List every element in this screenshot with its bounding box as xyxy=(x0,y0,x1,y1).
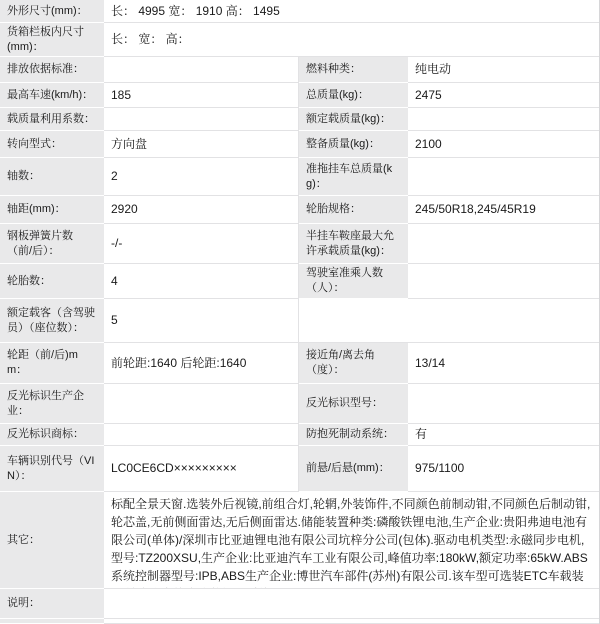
spec-value xyxy=(104,424,299,446)
spec-label: 说明： xyxy=(0,589,104,619)
spec-value: -/- xyxy=(104,224,299,264)
spec-value: 标配全景天窗.选装外后视镜,前组合灯,轮辋,外装饰件,不同颜色前制动钳,不同颜色… xyxy=(104,492,599,589)
spec-label: 额定载客（含驾驶员）（座位数）： xyxy=(0,299,104,343)
spec-label: 燃料种类： xyxy=(299,57,408,83)
table-row: 额定载客（含驾驶员）（座位数）：5 xyxy=(0,299,599,343)
spec-value: 2 xyxy=(104,158,299,196)
table-row xyxy=(0,619,599,624)
spec-value xyxy=(408,108,599,131)
vehicle-spec-table: 外形尺寸(mm)：长： 4995 宽： 1910 高： 1495货箱栏板内尺寸(… xyxy=(0,0,600,624)
spec-label: 防抱死制动系统： xyxy=(299,424,408,446)
spec-label: 转向型式： xyxy=(0,131,104,158)
spec-value: 有 xyxy=(408,424,599,446)
spec-label: 钢板弹簧片数（前/后）： xyxy=(0,224,104,264)
spec-value: 2100 xyxy=(408,131,599,158)
spec-label: 整备质量(kg)： xyxy=(299,131,408,158)
table-row: 载质量利用系数：额定载质量(kg)： xyxy=(0,108,599,131)
spec-value xyxy=(408,224,599,264)
spec-value xyxy=(104,108,299,131)
spec-value xyxy=(104,589,599,619)
table-row: 排放依据标准：燃料种类：纯电动 xyxy=(0,57,599,83)
spec-value xyxy=(408,264,599,299)
spec-label: 驾驶室准乘人数（人）： xyxy=(299,264,408,299)
spec-label: 货箱栏板内尺寸(mm)： xyxy=(0,23,104,57)
spec-value xyxy=(104,57,299,83)
table-row: 反光标识生产企业：反光标识型号： xyxy=(0,384,599,424)
spec-value xyxy=(104,384,299,424)
spec-value xyxy=(299,299,599,343)
table-row: 其它：标配全景天窗.选装外后视镜,前组合灯,轮辋,外装饰件,不同颜色前制动钳,不… xyxy=(0,492,599,589)
spec-value: 185 xyxy=(104,83,299,108)
spec-value: 2920 xyxy=(104,196,299,224)
spec-label: 准拖挂车总质量(kg)： xyxy=(299,158,408,196)
spec-label: 排放依据标准： xyxy=(0,57,104,83)
table-row: 最高车速(km/h)：185总质量(kg)：2475 xyxy=(0,83,599,108)
spec-label: 车辆识别代号（VIN）： xyxy=(0,446,104,492)
spec-label: 载质量利用系数： xyxy=(0,108,104,131)
spec-value: 975/1100 xyxy=(408,446,599,492)
spec-label: 反光标识型号： xyxy=(299,384,408,424)
table-row: 货箱栏板内尺寸(mm)：长： 宽： 高： xyxy=(0,23,599,57)
table-row: 轮距（前/后)mm：前轮距:1640 后轮距:1640接近角/离去角（度）：13… xyxy=(0,343,599,384)
spec-label: 半挂车鞍座最大允许承载质量(kg)： xyxy=(299,224,408,264)
table-row: 轴距(mm)：2920轮胎规格：245/50R18,245/45R19 xyxy=(0,196,599,224)
table-row: 轮胎数：4驾驶室准乘人数（人）： xyxy=(0,264,599,299)
spec-value xyxy=(104,619,599,624)
spec-label: 轴距(mm)： xyxy=(0,196,104,224)
spec-value xyxy=(408,384,599,424)
spec-value: 纯电动 xyxy=(408,57,599,83)
table-row: 钢板弹簧片数（前/后）：-/-半挂车鞍座最大允许承载质量(kg)： xyxy=(0,224,599,264)
table-row: 说明： xyxy=(0,589,599,619)
spec-label: 轴数： xyxy=(0,158,104,196)
spec-value: 13/14 xyxy=(408,343,599,384)
spec-label: 外形尺寸(mm)： xyxy=(0,0,104,23)
spec-value: 2475 xyxy=(408,83,599,108)
spec-label: 总质量(kg)： xyxy=(299,83,408,108)
spec-value: 4 xyxy=(104,264,299,299)
spec-label: 反光标识生产企业： xyxy=(0,384,104,424)
spec-label: 前悬/后悬(mm)： xyxy=(299,446,408,492)
table-row: 车辆识别代号（VIN）：LC0CE6CD×××××××××前悬/后悬(mm)：9… xyxy=(0,446,599,492)
spec-value: 前轮距:1640 后轮距:1640 xyxy=(104,343,299,384)
table-row: 转向型式：方向盘整备质量(kg)：2100 xyxy=(0,131,599,158)
spec-label: 最高车速(km/h)： xyxy=(0,83,104,108)
spec-value: 长： 4995 宽： 1910 高： 1495 xyxy=(104,0,599,23)
spec-value: 方向盘 xyxy=(104,131,299,158)
table-row: 轴数：2准拖挂车总质量(kg)： xyxy=(0,158,599,196)
spec-value: LC0CE6CD××××××××× xyxy=(104,446,299,492)
spec-label: 轮胎数： xyxy=(0,264,104,299)
spec-label: 反光标识商标： xyxy=(0,424,104,446)
spec-label: 其它： xyxy=(0,492,104,589)
spec-label: 接近角/离去角（度）： xyxy=(299,343,408,384)
spec-label: 额定载质量(kg)： xyxy=(299,108,408,131)
spec-value: 5 xyxy=(104,299,299,343)
table-row: 反光标识商标：防抱死制动系统：有 xyxy=(0,424,599,446)
spec-label xyxy=(0,619,104,624)
spec-label: 轮距（前/后)mm： xyxy=(0,343,104,384)
spec-value xyxy=(408,158,599,196)
spec-label: 轮胎规格： xyxy=(299,196,408,224)
spec-value: 245/50R18,245/45R19 xyxy=(408,196,599,224)
table-row: 外形尺寸(mm)：长： 4995 宽： 1910 高： 1495 xyxy=(0,0,599,23)
spec-value: 长： 宽： 高： xyxy=(104,23,599,57)
